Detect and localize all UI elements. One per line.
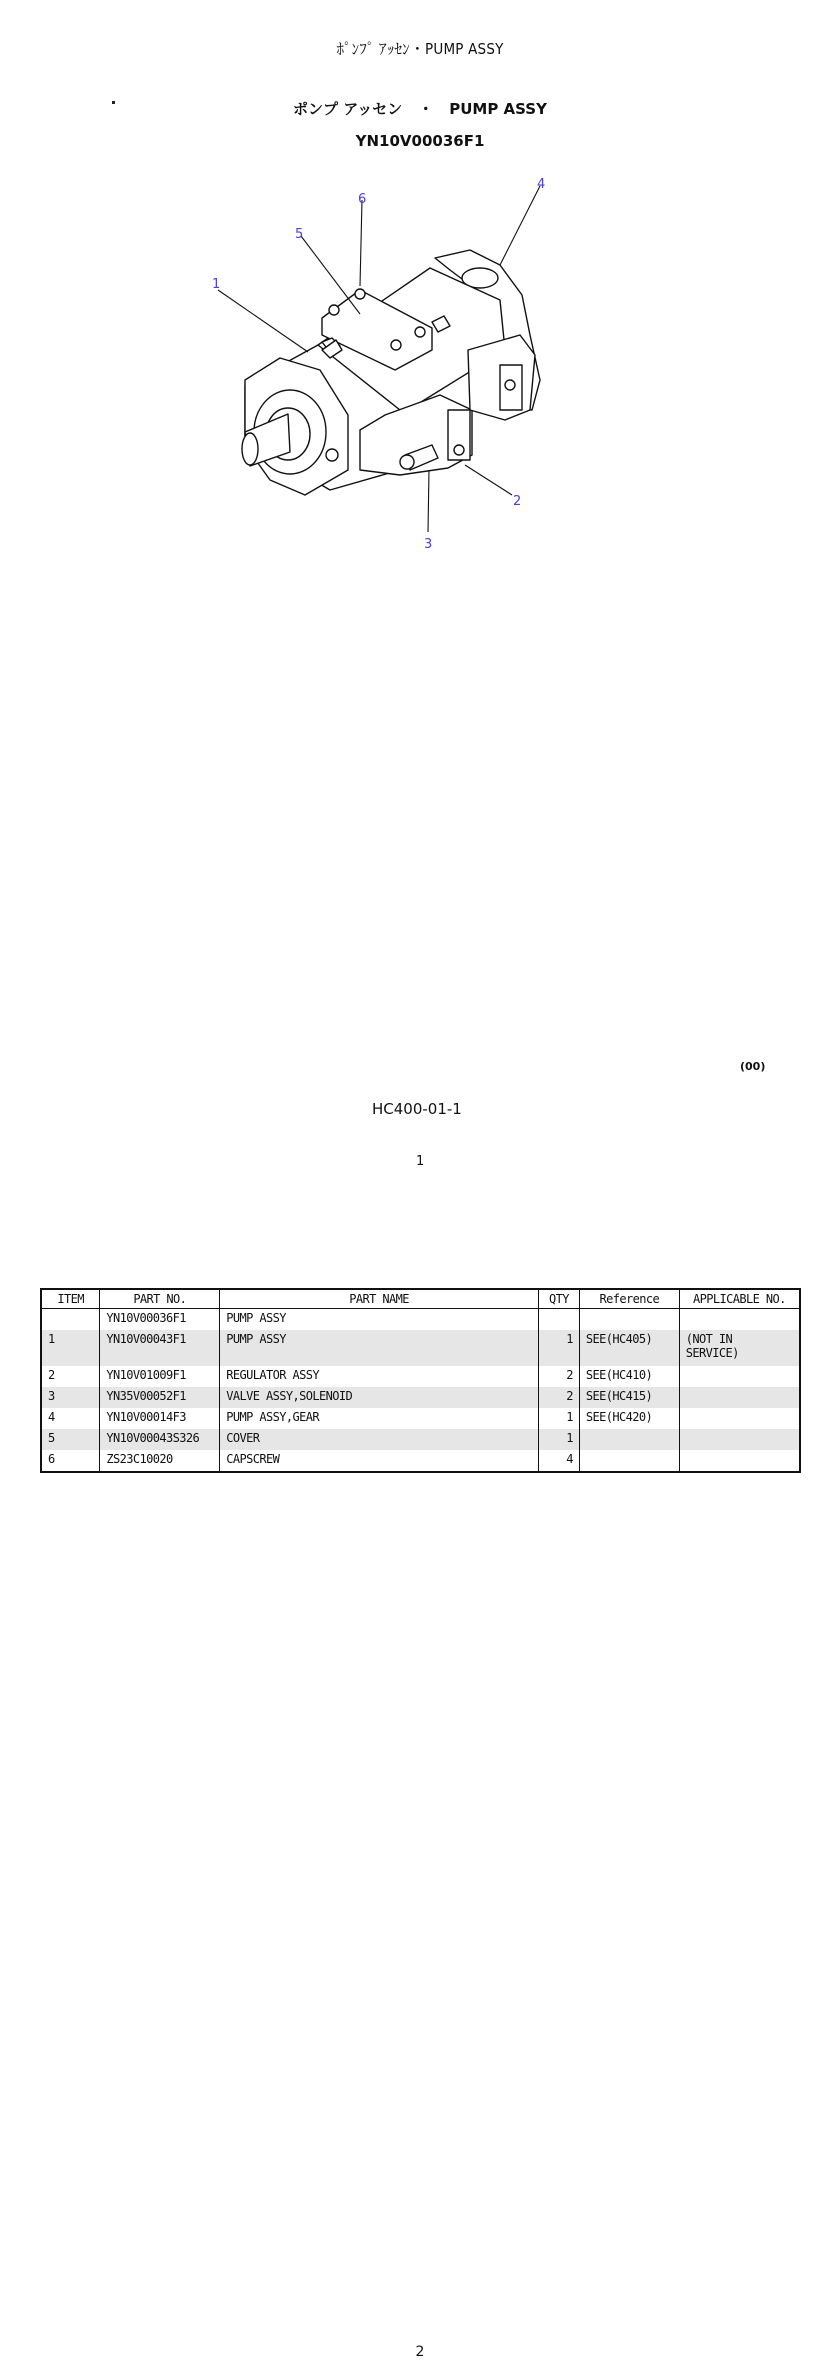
row-part-no: YN10V00043S326: [100, 1429, 220, 1450]
table-row: 6ZS23C10020CAPSCREW4: [41, 1450, 800, 1472]
row-part-no: YN10V00043F1: [100, 1330, 220, 1366]
row-reference: [579, 1429, 679, 1450]
row-part-name: CAPSCREW: [220, 1450, 539, 1472]
row-applicable-no: [679, 1366, 800, 1387]
parts-table: ITEM PART NO. PART NAME QTY Reference AP…: [40, 1288, 801, 1473]
row-qty: 2: [538, 1366, 579, 1387]
row-applicable-no: [679, 1408, 800, 1429]
row-reference: SEE(HC405): [579, 1330, 679, 1366]
callout-2: 2: [513, 494, 521, 509]
row-item: 4: [41, 1408, 100, 1429]
row-part-name: PUMP ASSY: [220, 1330, 539, 1366]
callout-6: 6: [358, 192, 366, 207]
row-part-name: PUMP ASSY: [220, 1309, 539, 1331]
revision-code: (00): [740, 1060, 765, 1073]
table-row: 5YN10V00043S326COVER1: [41, 1429, 800, 1450]
figure-number: 1: [416, 1154, 424, 1169]
row-qty: 1: [538, 1330, 579, 1366]
row-qty: 1: [538, 1408, 579, 1429]
callout-4: 4: [537, 177, 545, 192]
row-item: 6: [41, 1450, 100, 1472]
table-row: 4YN10V00014F3PUMP ASSY,GEAR1SEE(HC420): [41, 1408, 800, 1429]
pump-assembly-diagram: 1 2 3 4 5 6: [200, 170, 580, 570]
page-number: 2: [0, 2344, 840, 2360]
page-header: ﾎﾟﾝﾌﾟ ｱｯｾﾝ・PUMP ASSY: [0, 38, 840, 59]
row-item: 3: [41, 1387, 100, 1408]
title-separator: ・: [418, 100, 433, 118]
callout-5: 5: [295, 227, 303, 242]
row-reference: SEE(HC415): [579, 1387, 679, 1408]
row-applicable-no: [679, 1450, 800, 1472]
assembly-title: ポンプ アッセン・PUMP ASSY: [0, 98, 840, 119]
header-applicable-no: APPLICABLE NO.: [679, 1289, 800, 1309]
row-part-no: YN35V00052F1: [100, 1387, 220, 1408]
row-qty: [538, 1309, 579, 1331]
header-reference: Reference: [579, 1289, 679, 1309]
row-item: 5: [41, 1429, 100, 1450]
row-part-name: COVER: [220, 1429, 539, 1450]
header-qty: QTY: [538, 1289, 579, 1309]
header-item: ITEM: [41, 1289, 100, 1309]
callout-3: 3: [424, 537, 432, 552]
row-part-no: YN10V00036F1: [100, 1309, 220, 1331]
assembly-title-en: PUMP ASSY: [449, 100, 547, 118]
row-part-name: REGULATOR ASSY: [220, 1366, 539, 1387]
row-applicable-no: [679, 1429, 800, 1450]
row-item: [41, 1309, 100, 1331]
assembly-title-jp: ポンプ アッセン: [293, 100, 402, 118]
row-applicable-no: [679, 1387, 800, 1408]
header-part-name: PART NAME: [220, 1289, 539, 1309]
row-reference: SEE(HC410): [579, 1366, 679, 1387]
row-reference: [579, 1450, 679, 1472]
figure-code: HC400-01-1: [372, 1100, 462, 1118]
row-applicable-no: (NOT IN SERVICE): [679, 1330, 800, 1366]
row-part-name: PUMP ASSY,GEAR: [220, 1408, 539, 1429]
row-item: 1: [41, 1330, 100, 1366]
table-row: 2YN10V01009F1REGULATOR ASSY2SEE(HC410): [41, 1366, 800, 1387]
row-part-name: VALVE ASSY,SOLENOID: [220, 1387, 539, 1408]
table-header-row: ITEM PART NO. PART NAME QTY Reference AP…: [41, 1289, 800, 1309]
row-applicable-no: [679, 1309, 800, 1331]
row-item: 2: [41, 1366, 100, 1387]
table-row: YN10V00036F1PUMP ASSY: [41, 1309, 800, 1331]
table-row: 1YN10V00043F1PUMP ASSY1SEE(HC405)(NOT IN…: [41, 1330, 800, 1366]
table-row: 3YN35V00052F1VALVE ASSY,SOLENOID2SEE(HC4…: [41, 1387, 800, 1408]
row-part-no: ZS23C10020: [100, 1450, 220, 1472]
row-part-no: YN10V01009F1: [100, 1366, 220, 1387]
row-part-no: YN10V00014F3: [100, 1408, 220, 1429]
row-reference: SEE(HC420): [579, 1408, 679, 1429]
row-qty: 1: [538, 1429, 579, 1450]
header-part-no: PART NO.: [100, 1289, 220, 1309]
row-qty: 2: [538, 1387, 579, 1408]
assembly-code: YN10V00036F1: [0, 132, 840, 150]
row-reference: [579, 1309, 679, 1331]
callout-1: 1: [212, 277, 220, 292]
row-qty: 4: [538, 1450, 579, 1472]
